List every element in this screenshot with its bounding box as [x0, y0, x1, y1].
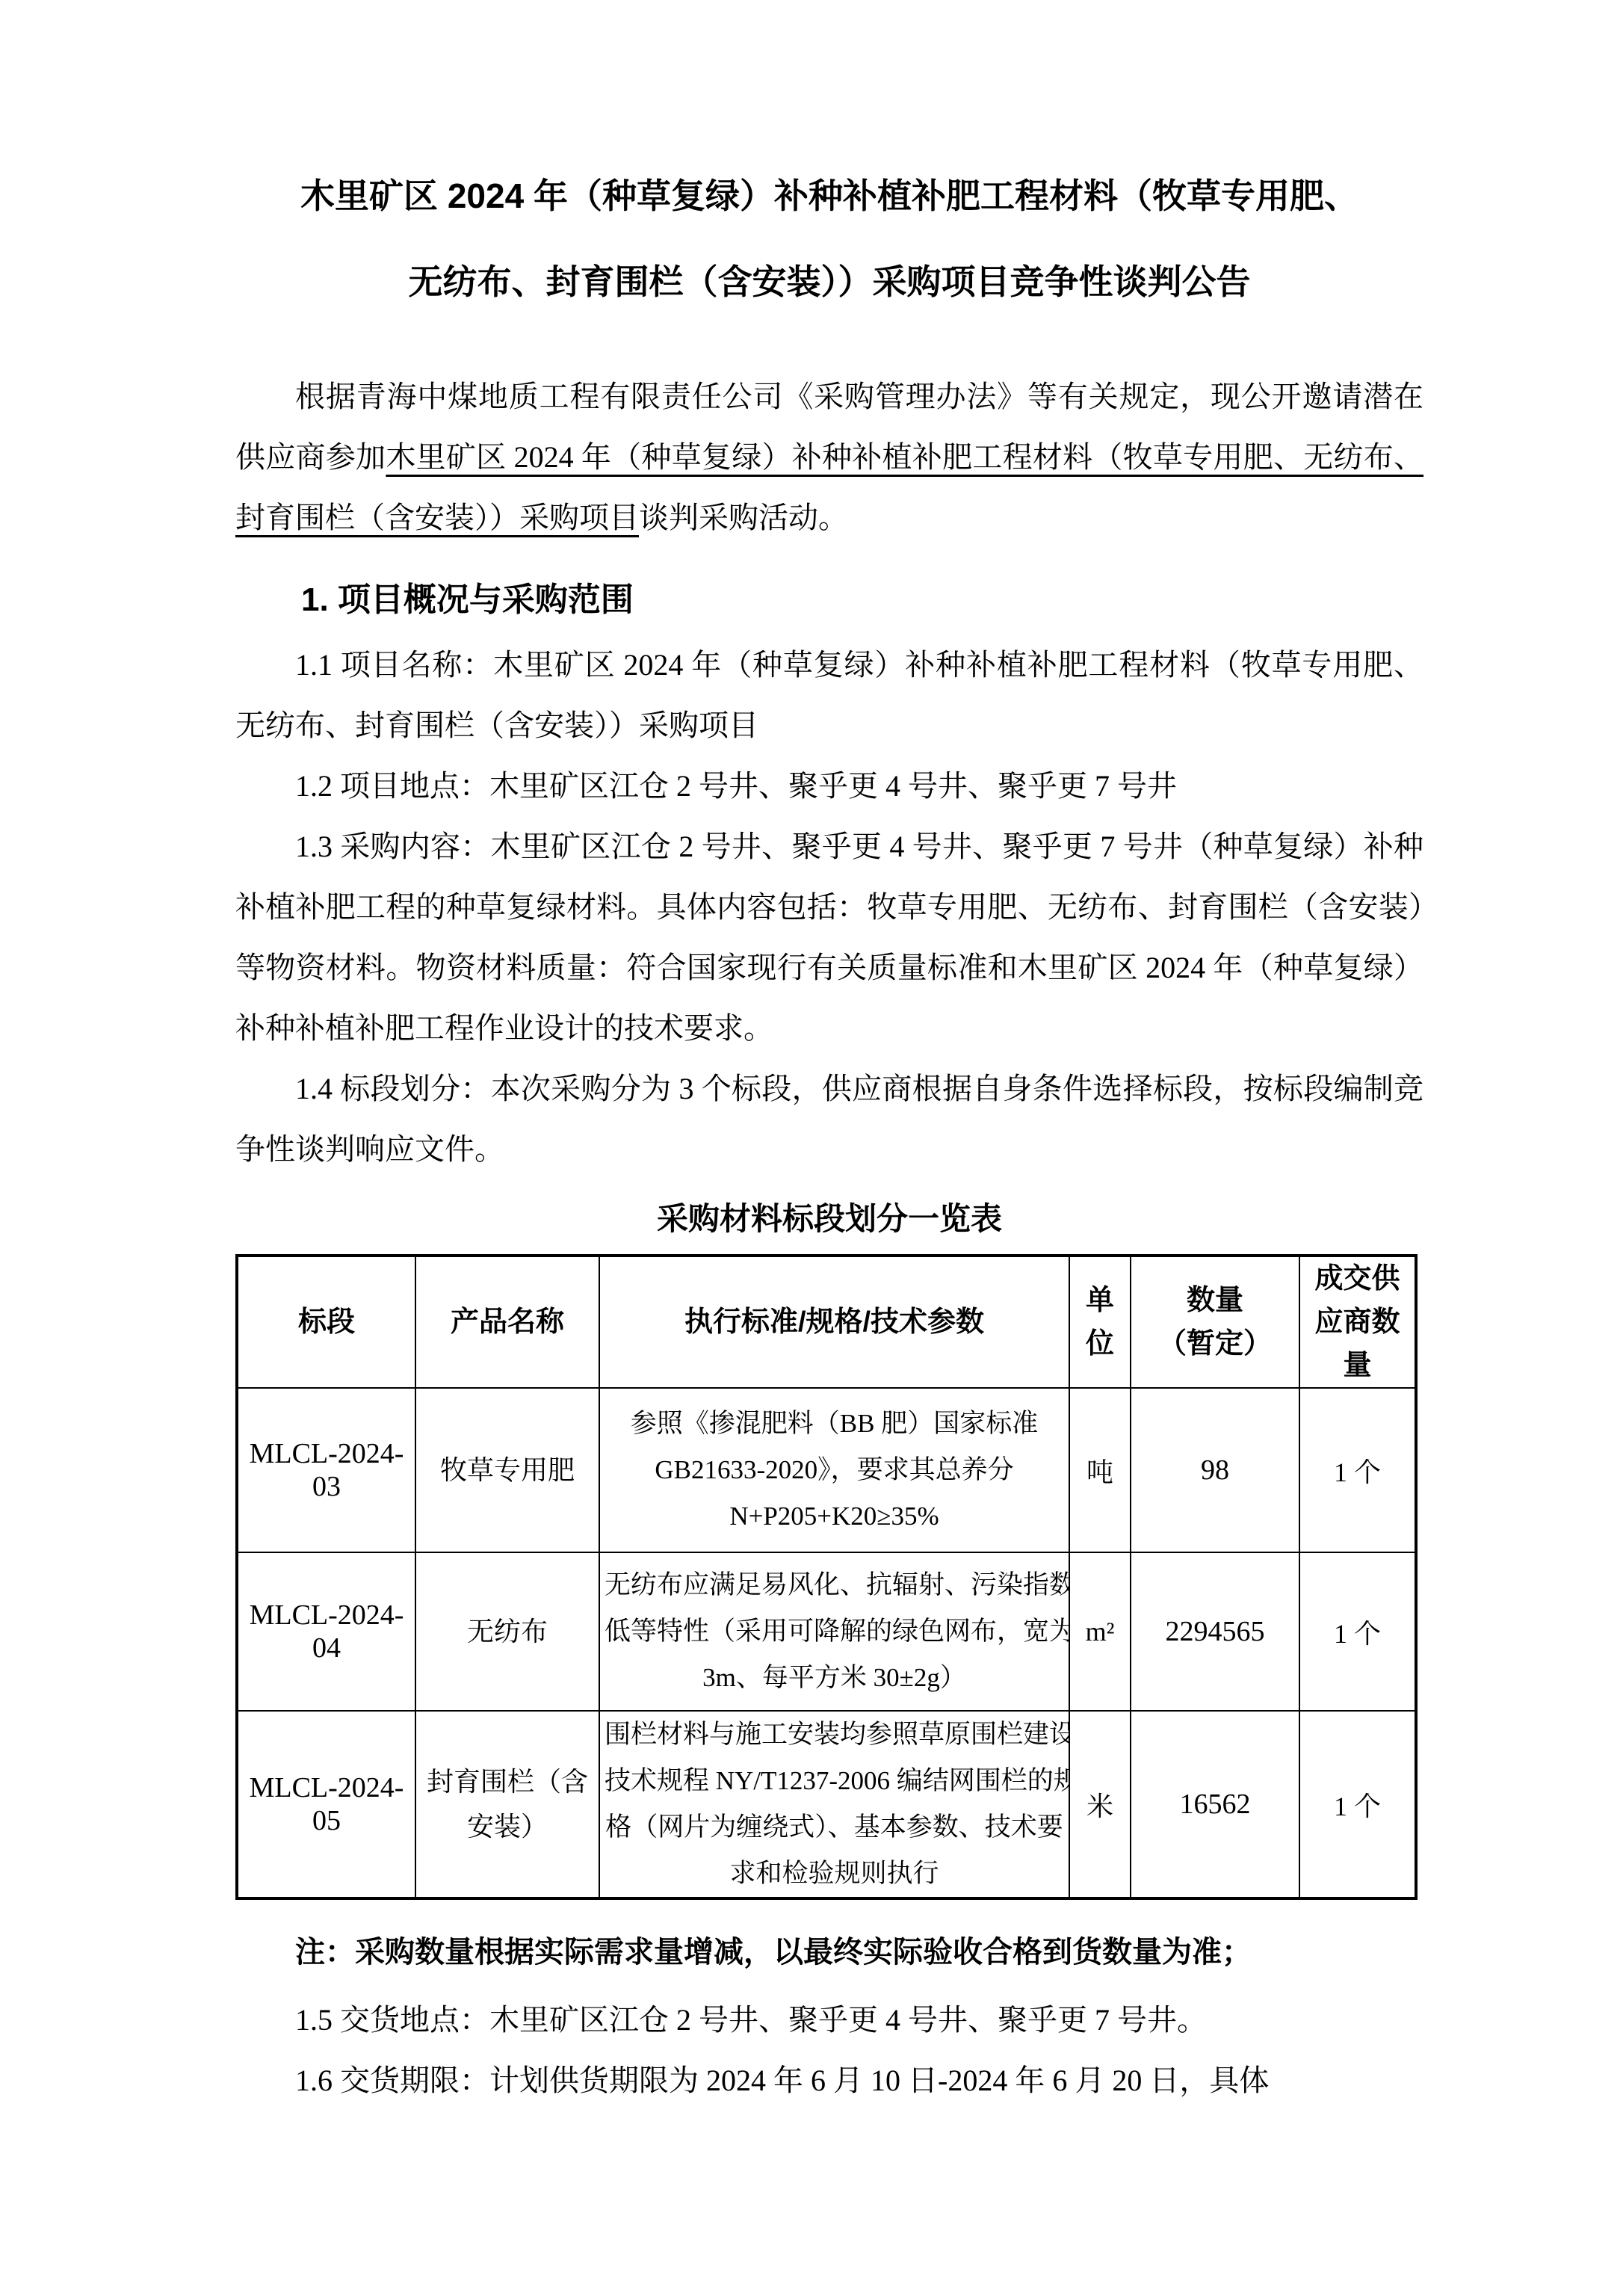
item-1-4-lot-division: 1.4 标段划分：本次采购分为 3 个标段，供应商根据自身条件选择标段，按标段编…	[235, 1058, 1423, 1179]
spec-line: 无纺布应满足易风化、抗辐射、污染指数	[605, 1562, 1064, 1608]
header-spec: 执行标准/规格/技术参数	[599, 1256, 1069, 1388]
item-1-6-delivery-period: 1.6 交货期限：计划供货期限为 2024 年 6 月 10 日-2024 年 …	[235, 2050, 1423, 2111]
spec-line: GB21633-2020》，要求其总养分	[605, 1447, 1064, 1493]
header-unit: 单位	[1069, 1256, 1131, 1388]
cell-qty: 98	[1131, 1388, 1299, 1552]
table-title: 采购材料标段划分一览表	[235, 1197, 1423, 1241]
table-note: 注：采购数量根据实际需求量增减，以最终实际验收合格到货数量为准；	[235, 1931, 1423, 1973]
spec-line: 围栏材料与施工安装均参照草原围栏建设	[605, 1712, 1064, 1758]
spec-line: N+P205+K20≥35%	[605, 1493, 1064, 1540]
cell-product: 无纺布	[415, 1552, 599, 1711]
cell-suppliers: 1 个	[1299, 1711, 1416, 1898]
spec-line: 低等特性（采用可降解的绿色网布，宽为	[605, 1608, 1064, 1655]
page-title-line-1: 木里矿区 2024 年（种草复绿）补种补植补肥工程材料（牧草专用肥、	[235, 153, 1423, 239]
spec-line: 参照《掺混肥料（BB 肥）国家标准	[605, 1401, 1064, 1447]
document-page: 木里矿区 2024 年（种草复绿）补种补植补肥工程材料（牧草专用肥、 无纺布、封…	[0, 0, 1623, 2296]
header-product: 产品名称	[415, 1256, 599, 1388]
lot-division-table: 标段 产品名称 执行标准/规格/技术参数 单位 数量 （暂定） 成交供应商数量 …	[235, 1254, 1418, 1900]
table-row: MLCL-2024-03 牧草专用肥 参照《掺混肥料（BB 肥）国家标准 GB2…	[237, 1388, 1416, 1552]
item-1-3-procurement-content: 1.3 采购内容：木里矿区江仓 2 号井、聚乎更 4 号井、聚乎更 7 号井（种…	[235, 816, 1423, 1058]
header-qty-line-1: 数量	[1136, 1279, 1294, 1322]
cell-unit: m²	[1069, 1552, 1131, 1711]
cell-product: 封育围栏（含安装）	[415, 1711, 599, 1898]
table-header-row: 标段 产品名称 执行标准/规格/技术参数 单位 数量 （暂定） 成交供应商数量	[237, 1256, 1416, 1388]
intro-paragraph: 根据青海中煤地质工程有限责任公司《采购管理办法》等有关规定，现公开邀请潜在供应商…	[235, 366, 1423, 548]
cell-product: 牧草专用肥	[415, 1388, 599, 1552]
item-1-2-project-location: 1.2 项目地点：木里矿区江仓 2 号井、聚乎更 4 号井、聚乎更 7 号井	[235, 756, 1423, 816]
cell-lot: MLCL-2024-04	[237, 1552, 415, 1711]
spec-line: 技术规程 NY/T1237-2006 编结网围栏的规	[605, 1758, 1064, 1804]
header-suppliers: 成交供应商数量	[1299, 1256, 1416, 1388]
table-row: MLCL-2024-05 封育围栏（含安装） 围栏材料与施工安装均参照草原围栏建…	[237, 1711, 1416, 1898]
cell-spec: 围栏材料与施工安装均参照草原围栏建设 技术规程 NY/T1237-2006 编结…	[599, 1711, 1069, 1898]
document-content: 木里矿区 2024 年（种草复绿）补种补植补肥工程材料（牧草专用肥、 无纺布、封…	[235, 153, 1423, 2111]
spec-line: 求和检验规则执行	[605, 1851, 1064, 1897]
cell-unit: 米	[1069, 1711, 1131, 1898]
item-1-1-project-name: 1.1 项目名称：木里矿区 2024 年（种草复绿）补种补植补肥工程材料（牧草专…	[235, 635, 1423, 756]
item-1-5-delivery-location: 1.5 交货地点：木里矿区江仓 2 号井、聚乎更 4 号井、聚乎更 7 号井。	[235, 1990, 1423, 2050]
cell-suppliers: 1 个	[1299, 1552, 1416, 1711]
page-title-line-2: 无纺布、封育围栏（含安装））采购项目竞争性谈判公告	[235, 239, 1423, 325]
spec-line: 3m、每平方米 30±2g）	[605, 1655, 1064, 1701]
page-title: 木里矿区 2024 年（种草复绿）补种补植补肥工程材料（牧草专用肥、 无纺布、封…	[235, 153, 1423, 325]
cell-unit: 吨	[1069, 1388, 1131, 1552]
header-qty: 数量 （暂定）	[1131, 1256, 1299, 1388]
intro-suffix: 谈判采购活动。	[639, 501, 848, 534]
cell-spec: 无纺布应满足易风化、抗辐射、污染指数 低等特性（采用可降解的绿色网布，宽为 3m…	[599, 1552, 1069, 1711]
cell-qty: 16562	[1131, 1711, 1299, 1898]
section-1-heading: 1. 项目概况与采购范围	[235, 578, 1423, 623]
cell-spec: 参照《掺混肥料（BB 肥）国家标准 GB21633-2020》，要求其总养分 N…	[599, 1388, 1069, 1552]
header-qty-line-2: （暂定）	[1136, 1322, 1294, 1365]
header-lot: 标段	[237, 1256, 415, 1388]
spec-line: 格（网片为缠绕式）、基本参数、技术要	[605, 1804, 1064, 1851]
cell-lot: MLCL-2024-05	[237, 1711, 415, 1898]
cell-qty: 2294565	[1131, 1552, 1299, 1711]
cell-lot: MLCL-2024-03	[237, 1388, 415, 1552]
cell-suppliers: 1 个	[1299, 1388, 1416, 1552]
table-row: MLCL-2024-04 无纺布 无纺布应满足易风化、抗辐射、污染指数 低等特性…	[237, 1552, 1416, 1711]
